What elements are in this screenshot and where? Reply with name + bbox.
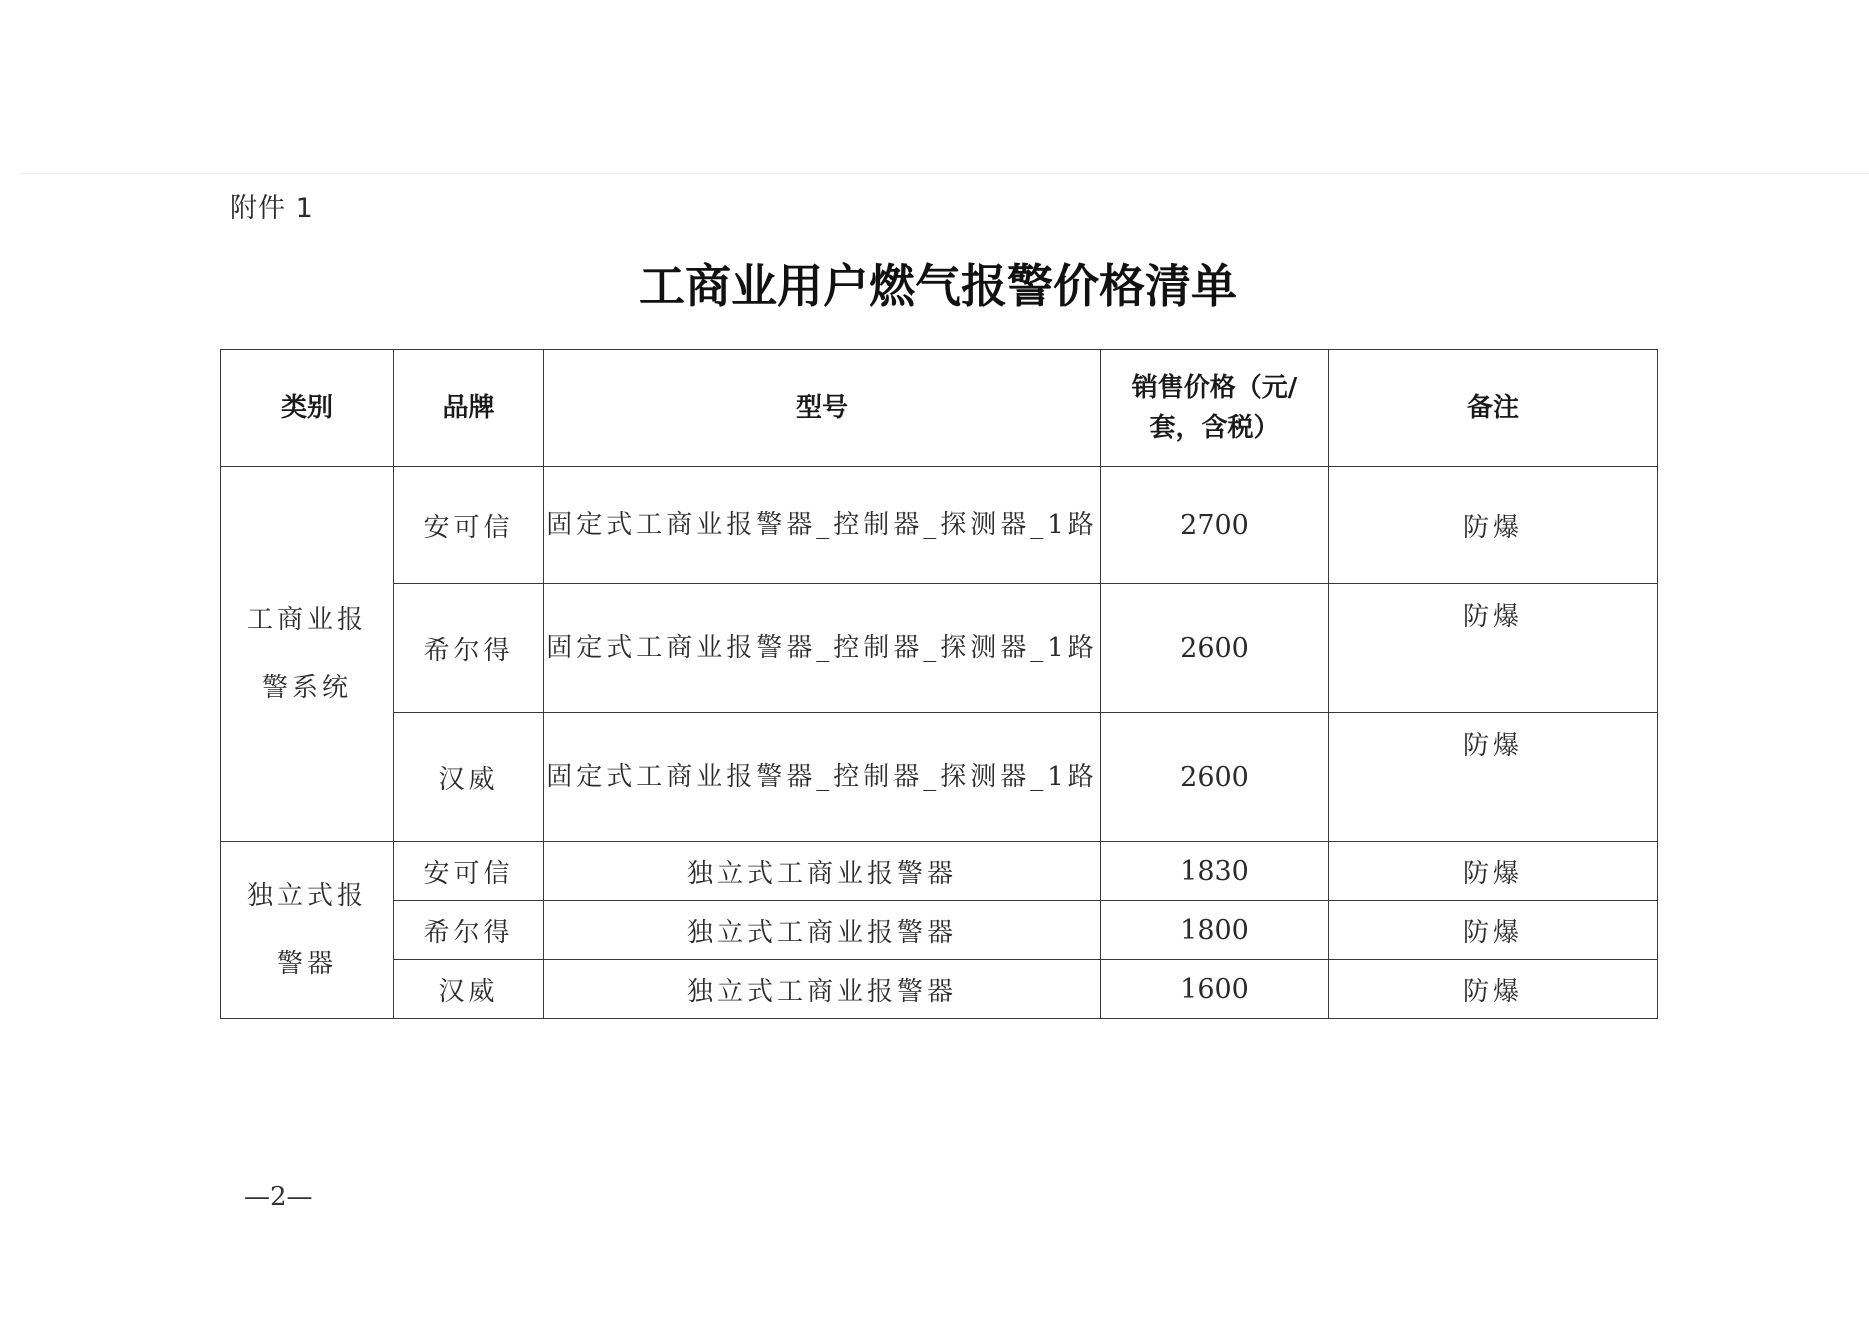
price-cell: 2600 xyxy=(1101,713,1329,842)
model-cell: 独立式工商业报警器 xyxy=(544,842,1101,901)
brand-cell: 希尔得 xyxy=(394,901,544,960)
table-row: 希尔得 独立式工商业报警器 1800 防爆 xyxy=(221,901,1658,960)
brand-cell: 汉威 xyxy=(394,713,544,842)
model-cell: 固定式工商业报警器_控制器_探测器_1路 xyxy=(544,584,1101,713)
price-cell: 2700 xyxy=(1101,467,1329,584)
note-cell: 防爆 xyxy=(1329,713,1658,842)
note-cell: 防爆 xyxy=(1329,960,1658,1019)
table-row: 独立式报警器 安可信 独立式工商业报警器 1830 防爆 xyxy=(221,842,1658,901)
document-title: 工商业用户燃气报警价格清单 xyxy=(0,250,1869,316)
model-cell: 独立式工商业报警器 xyxy=(544,960,1101,1019)
scan-artifact-line xyxy=(20,173,1869,174)
table-row: 汉威 固定式工商业报警器_控制器_探测器_1路 2600 防爆 xyxy=(221,713,1658,842)
header-note: 备注 xyxy=(1329,350,1658,467)
note-cell: 防爆 xyxy=(1329,584,1658,713)
price-cell: 1600 xyxy=(1101,960,1329,1019)
table-header-row: 类别 品牌 型号 销售价格（元/套，含税） 备注 xyxy=(221,350,1658,467)
price-table: 类别 品牌 型号 销售价格（元/套，含税） 备注 工商业报警系统 安可信 固定式… xyxy=(220,349,1658,1019)
header-model: 型号 xyxy=(544,350,1101,467)
model-cell: 固定式工商业报警器_控制器_探测器_1路 xyxy=(544,467,1101,584)
note-cell: 防爆 xyxy=(1329,467,1658,584)
model-cell: 固定式工商业报警器_控制器_探测器_1路 xyxy=(544,713,1101,842)
header-category: 类别 xyxy=(221,350,394,467)
price-cell: 1830 xyxy=(1101,842,1329,901)
category-cell: 工商业报警系统 xyxy=(221,467,394,842)
brand-cell: 安可信 xyxy=(394,842,544,901)
attachment-label: 附件 1 xyxy=(230,186,314,225)
page-number: —2— xyxy=(244,1182,313,1212)
price-cell: 1800 xyxy=(1101,901,1329,960)
note-cell: 防爆 xyxy=(1329,842,1658,901)
table-row: 工商业报警系统 安可信 固定式工商业报警器_控制器_探测器_1路 2700 防爆 xyxy=(221,467,1658,584)
model-cell: 独立式工商业报警器 xyxy=(544,901,1101,960)
brand-cell: 安可信 xyxy=(394,467,544,584)
note-cell: 防爆 xyxy=(1329,901,1658,960)
brand-cell: 希尔得 xyxy=(394,584,544,713)
table-row: 希尔得 固定式工商业报警器_控制器_探测器_1路 2600 防爆 xyxy=(221,584,1658,713)
header-price: 销售价格（元/套，含税） xyxy=(1101,350,1329,467)
table-row: 汉威 独立式工商业报警器 1600 防爆 xyxy=(221,960,1658,1019)
brand-cell: 汉威 xyxy=(394,960,544,1019)
price-cell: 2600 xyxy=(1101,584,1329,713)
category-cell: 独立式报警器 xyxy=(221,842,394,1019)
header-brand: 品牌 xyxy=(394,350,544,467)
